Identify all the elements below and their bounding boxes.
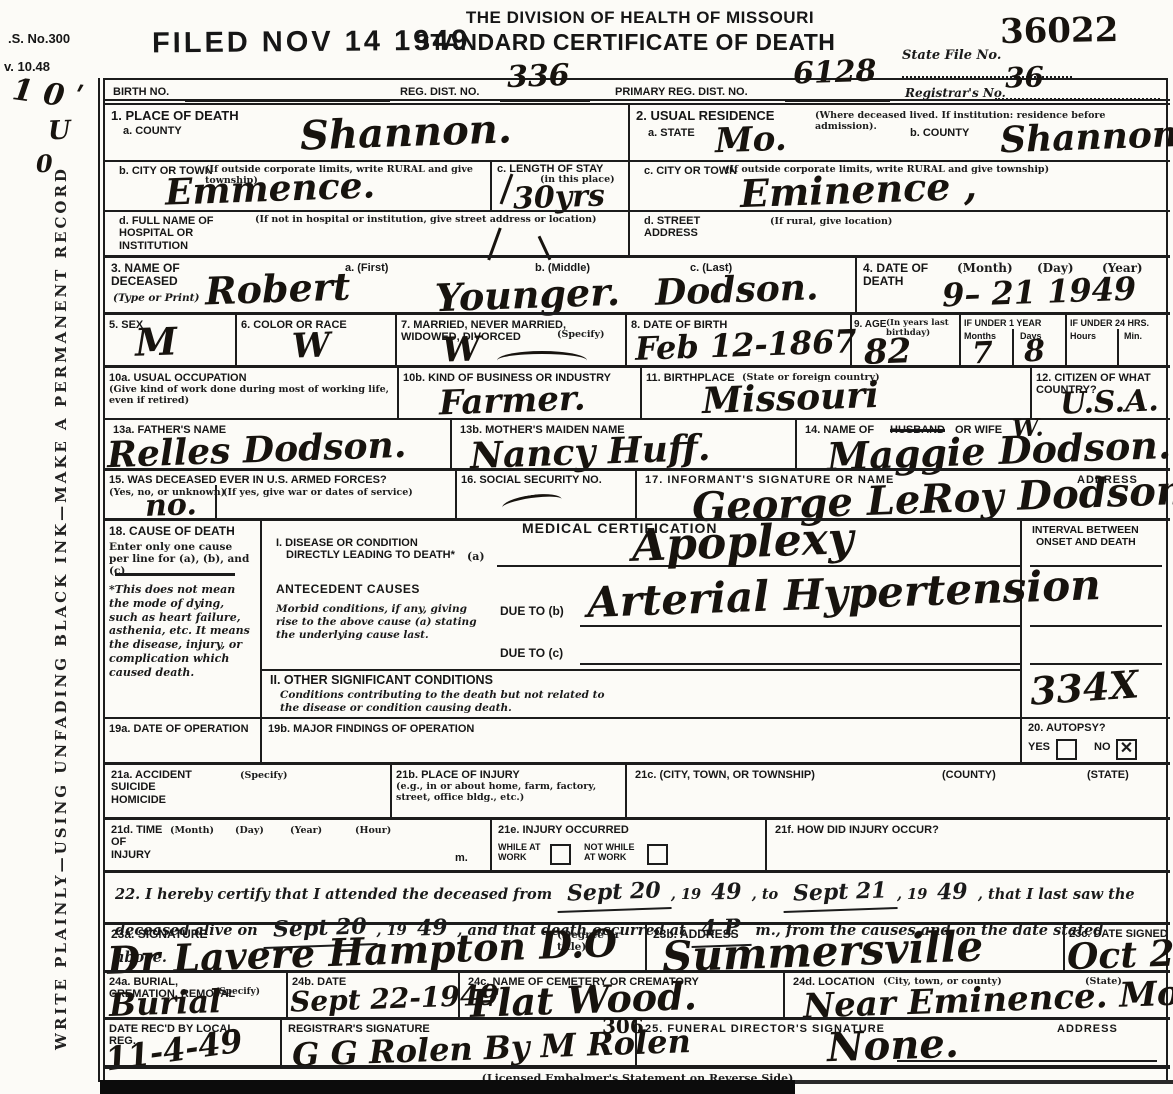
margin-instruction-vertical-text: WRITE PLAINLY—USING UNFADING BLACK INK—M… — [52, 190, 70, 1050]
armed-forces-note2: (If yes, give war or dates of service) — [223, 488, 413, 499]
section-15-armed-forces: 15. WAS DECEASED EVER IN U.S. ARMED FORC… — [105, 471, 457, 518]
pen-flourish — [501, 491, 563, 516]
cause-note1: Enter only one cause per line for (a), (… — [109, 541, 254, 577]
birth-no-label: BIRTH NO. — [113, 86, 169, 98]
days-value: 8 — [1023, 337, 1045, 368]
injury-hour-label: (Hour) — [355, 826, 391, 837]
middle-name-value: Younger. — [434, 273, 620, 317]
dotted-leader — [902, 64, 1072, 78]
autopsy-no-checkbox: ✕ — [1116, 739, 1137, 760]
section-12-citizen: 12. CITIZEN OF WHAT COUNTRY? U.S.A. — [1032, 368, 1170, 418]
section-23c-date-signed: 23c. DATE SIGNED Oct 26 — [1065, 925, 1170, 970]
scan-artifact-line — [795, 1080, 1173, 1084]
while-at-work-checkbox — [550, 844, 571, 865]
primary-reg-label: PRIMARY REG. DIST. NO. — [615, 86, 748, 98]
other-conditions-note: Conditions contributing to the death but… — [280, 689, 610, 715]
antecedent-label: ANTECEDENT CAUSES — [276, 583, 420, 596]
section-10a-occupation: 10a. USUAL OCCUPATION (Give kind of work… — [105, 368, 399, 418]
autopsy-yes-checkbox — [1056, 739, 1077, 760]
cert-year2: 49 — [927, 874, 979, 910]
disease-a-label: (a) — [467, 551, 485, 564]
section-24d-location: 24d. LOCATION (City, town, or county) (S… — [785, 973, 1170, 1017]
funeral-address-label: ADDRESS — [1057, 1023, 1118, 1035]
res-county-label: b. COUNTY — [910, 127, 969, 139]
date-received-cell: DATE REC'D BY LOCAL REG. 11-4-49 — [105, 1020, 282, 1065]
cause-note2: *This does not mean the mode of dying, s… — [109, 583, 256, 679]
double-border-line — [98, 78, 100, 1082]
not-while-at-work-checkbox — [647, 844, 668, 865]
other-conditions-label: II. OTHER SIGNIFICANT CONDITIONS — [270, 673, 493, 687]
section-22-certification: 22. I hereby certify that I attended the… — [105, 873, 1170, 922]
street-note: (If rural, give location) — [770, 217, 892, 228]
res-city-label: c. CITY OR TOWN — [644, 165, 737, 177]
section-13b-mother: 13b. MOTHER'S MAIDEN NAME Nancy Huff. — [452, 420, 797, 468]
if-under-1-year-label: IF UNDER 1 YEAR — [964, 318, 1041, 328]
section-19b-major-findings: 19b. MAJOR FINDINGS OF OPERATION — [262, 719, 1022, 762]
registrar-no-label: Registrar's No. — [905, 86, 1006, 101]
section-21c-city: 21c. (CITY, TOWN, OR TOWNSHIP) (COUNTY) … — [627, 765, 1170, 817]
birth-date-value: Feb 12-1867 — [635, 325, 858, 365]
section-16-ssn: 16. SOCIAL SECURITY NO. — [457, 471, 637, 518]
injury-year-label: (Year) — [290, 826, 322, 837]
due-to-b-label: DUE TO (b) — [500, 605, 564, 618]
section-11-birthplace: 11. BIRTHPLACE (State or foreign country… — [642, 368, 1032, 418]
state-paren-label: (STATE) — [1087, 769, 1129, 781]
sex-value: M — [134, 322, 177, 361]
cert-to-date: Sept 21 — [783, 873, 898, 913]
section-24b-burial-date: 24b. DATE Sept 22-1949 — [288, 973, 460, 1017]
city-value: Emmence. — [164, 167, 375, 210]
section-13a-father: 13a. FATHER'S NAME Relles Dodson. — [105, 420, 452, 468]
section-24c-cemetery: 24c. NAME OF CEMETERY OR CREMATORY Flat … — [460, 973, 785, 1017]
antecedent-note: Morbid conditions, if any, giving rise t… — [276, 603, 486, 642]
section-7-marital-status: 7. MARRIED, NEVER MARRIED, WIDOWED, DIVO… — [397, 315, 627, 365]
birthplace-value: Missouri — [701, 377, 879, 419]
type-or-print-note: (Type or Print) — [113, 292, 199, 305]
cause-a-value: Apoplexy — [631, 517, 854, 569]
section-17-informant: 17. INFORMANT'S SIGNATURE OR NAME ADDRES… — [637, 471, 1170, 518]
section-23b-address: 23b. ADDRESS Summersville — [647, 925, 1065, 970]
last-name-value: Dodson. — [654, 269, 819, 311]
death-certificate-scan: .S. No.300 v. 10.48 1 0 ʹ U 0 WRITE PLAI… — [0, 0, 1173, 1094]
section-14-spouse: 14. NAME OF HUSBAND OR WIFE W. Maggie Do… — [797, 420, 1170, 468]
business-value: Farmer. — [438, 381, 586, 420]
state-value: Mo. — [714, 122, 787, 158]
registration-row: BIRTH NO. REG. DIST. NO. 336 PRIMARY REG… — [105, 80, 1170, 105]
section-4-date-of-death: 4. DATE OF DEATH (Month) (Day) (Year) 9–… — [857, 258, 1170, 312]
section-23a-signature: 23a. SIGNATURE (Degree or title) Dr Lave… — [105, 925, 647, 970]
county-value: Shannon. — [299, 109, 512, 156]
section-21e-injury-occurred: 21e. INJURY OCCURRED WHILE AT WORK NOT W… — [492, 820, 767, 870]
hours-label: Hours — [1070, 331, 1096, 341]
father-name-value: Relles Dodson. — [106, 427, 406, 473]
section-3-name-of-deceased: 3. NAME OF DECEASED (Type or Print) a. (… — [105, 258, 857, 312]
citizen-value: U.S.A. — [1060, 386, 1160, 419]
place-of-injury-note: (e.g., in or about home, farm, factory, … — [396, 782, 621, 804]
hospital-note: (If not in hospital or institution, give… — [255, 215, 625, 226]
occupation-note: (Give kind of work done during most of w… — [109, 385, 389, 407]
section-21a-accident: 21a. ACCIDENT SUICIDE HOMICIDE (Specify) — [105, 765, 392, 817]
interval-label-1: INTERVAL BETWEEN — [1032, 525, 1139, 537]
autopsy-yes-label: YES — [1028, 741, 1050, 753]
reg-dist-blank — [500, 100, 590, 102]
reg-dist-label: REG. DIST. NO. — [400, 86, 479, 98]
res-county-value: Shannon. — [999, 116, 1173, 159]
hospital-label: d. FULL NAME OF HOSPITAL OR INSTITUTION — [119, 215, 249, 252]
section-20-autopsy: 20. AUTOPSY? YES NO ✕ — [1022, 719, 1170, 762]
section-21b-place-of-injury: 21b. PLACE OF INJURY (e.g., in or about … — [392, 765, 627, 817]
section-5-sex: 5. SEX M — [105, 315, 237, 365]
injury-day-label: (Day) — [235, 826, 264, 837]
dotted-leader — [995, 86, 1160, 100]
section-25-funeral-director: 25. FUNERAL DIRECTOR'S SIGNATURE ADDRESS… — [637, 1020, 1170, 1065]
section-21d-time-of-injury: 21d. TIME OF INJURY (Month) (Day) (Year)… — [105, 820, 492, 870]
cert-from-date: Sept 20 — [557, 873, 672, 913]
margin-pen-mark: U — [48, 118, 72, 145]
certificate-title: STANDARD CERTIFICATE OF DEATH — [400, 28, 850, 58]
disease-label-2: DIRECTLY LEADING TO DEATH* — [286, 549, 455, 561]
birth-no-blank — [185, 100, 390, 102]
marital-value: W — [441, 332, 480, 367]
section-19a-date-of-operation: 19a. DATE OF OPERATION — [105, 719, 262, 762]
scan-artifact-bar — [100, 1080, 795, 1094]
min-label: Min. — [1124, 331, 1142, 341]
margin-pen-mark: 1 0 ʹ — [10, 75, 85, 115]
interval-label-2: ONSET AND DEATH — [1036, 537, 1136, 549]
disease-label-1: I. DISEASE OR CONDITION — [276, 537, 418, 549]
section-10b-business: 10b. KIND OF BUSINESS OR INDUSTRY Farmer… — [399, 368, 642, 418]
first-name-value: Robert — [204, 267, 350, 310]
primary-reg-blank — [785, 100, 890, 102]
registrar-signature-cell: REGISTRAR'S SIGNATURE G G Rolen By M Rol… — [282, 1020, 637, 1065]
first-name-label: a. (First) — [345, 262, 388, 274]
cert-year1: 49 — [701, 874, 753, 910]
race-value: W — [291, 328, 330, 363]
interval-column: INTERVAL BETWEEN ONSET AND DEATH 334X — [1022, 521, 1170, 717]
section-2-usual-residence: 2. USUAL RESIDENCE (Where deceased lived… — [630, 105, 1170, 255]
section-21f-how-injury: 21f. HOW DID INJURY OCCUR? — [767, 820, 1170, 870]
injury-month-label: (Month) — [170, 826, 214, 837]
burial-specify-note: (Specify) — [215, 987, 260, 997]
margin-pen-mark: 0 — [36, 152, 54, 177]
primary-reg-value: 6128 — [793, 57, 877, 90]
section-18-cause-of-death: 18. CAUSE OF DEATH Enter only one cause … — [105, 521, 262, 717]
form-body: BIRTH NO. REG. DIST. NO. 336 PRIMARY REG… — [103, 78, 1168, 1080]
county-paren-label: (COUNTY) — [942, 769, 996, 781]
res-city-value: Eminence , — [739, 167, 977, 213]
pen-stroke — [500, 173, 514, 204]
accident-specify-note: (Specify) — [240, 771, 288, 782]
form-number: .S. No.300 — [4, 28, 74, 50]
reg-dist-value: 336 — [506, 61, 570, 93]
interval-code-value: 334X — [1029, 665, 1140, 710]
section-6-color-or-race: 6. COLOR OR RACE W — [237, 315, 397, 365]
state-label: a. STATE — [648, 127, 695, 139]
section-9-age: 9. AGE (In years last birthday) 82 IF UN… — [852, 315, 1170, 365]
not-while-at-work-label: NOT WHILE AT WORK — [584, 842, 644, 862]
injury-m-label: m. — [455, 852, 468, 864]
street-label: d. STREET ADDRESS — [644, 215, 714, 240]
due-to-c-label: DUE TO (c) — [500, 647, 563, 660]
autopsy-no-label: NO — [1094, 741, 1111, 753]
county-label: a. COUNTY — [123, 125, 182, 137]
medical-certification: MEDICAL CERTIFICATION I. DISEASE OR COND… — [262, 521, 1022, 717]
cert-text: 22. I hereby certify that I attended the… — [115, 886, 552, 903]
date-of-death-value: 9– 21 1949 — [942, 273, 1137, 312]
section-1-place-of-death: 1. PLACE OF DEATH a. COUNTY Shannon. b. … — [105, 105, 630, 255]
burial-value: Burial — [108, 985, 221, 1021]
while-at-work-label: WHILE AT WORK — [498, 842, 546, 862]
specify-note: (Specify) — [557, 330, 605, 341]
section-24a-burial: 24a. BURIAL, CREMATION, REMOVAL (Specify… — [105, 973, 288, 1017]
if-under-24-hrs-label: IF UNDER 24 HRS. — [1070, 318, 1149, 328]
section-8-date-of-birth: 8. DATE OF BIRTH Feb 12-1867 — [627, 315, 852, 365]
